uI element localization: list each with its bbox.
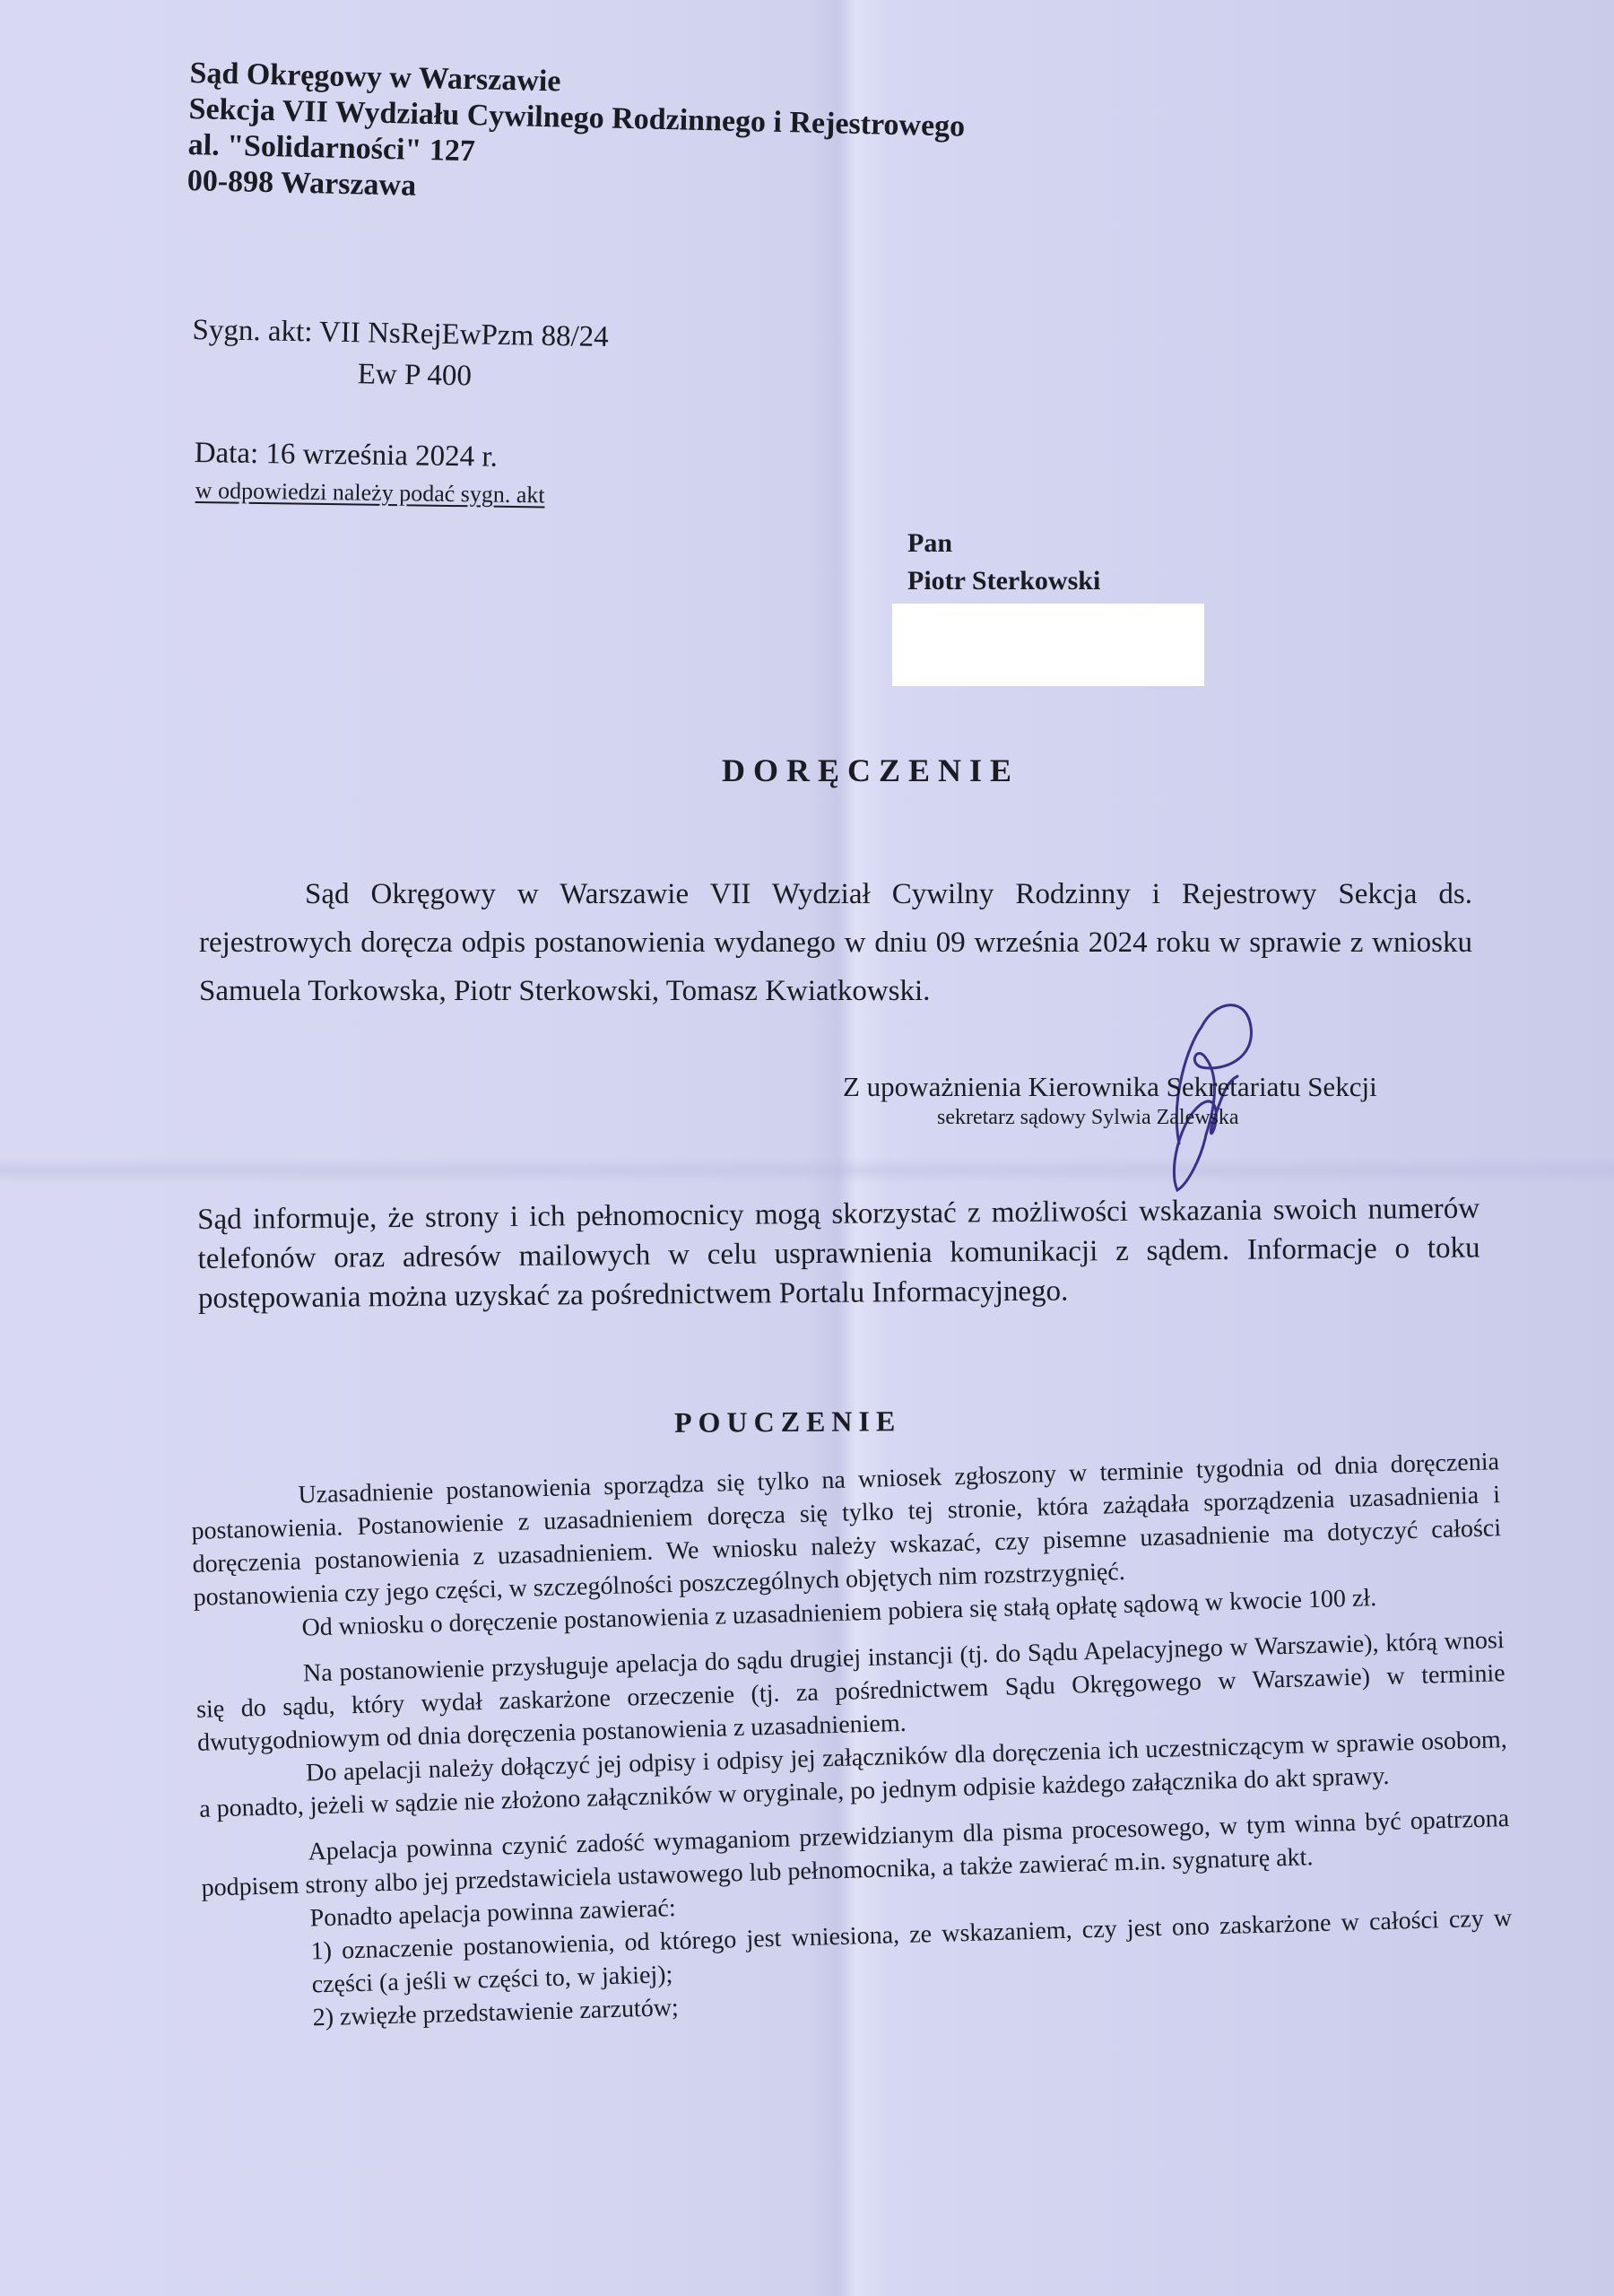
delivery-body: Sąd Okręgowy w Warszawie VII Wydział Cyw… — [199, 870, 1472, 1015]
instructions-title: POUCZENIE — [674, 1405, 902, 1439]
recipient-salutation: Pan — [907, 525, 1100, 562]
redacted-address — [892, 604, 1204, 686]
recipient: Pan Piotr Sterkowski — [907, 525, 1100, 600]
recipient-name: Piotr Sterkowski — [907, 562, 1100, 600]
authority-line: Z upoważnienia Kierownika Sekretariatu S… — [843, 1069, 1377, 1105]
delivery-text: Sąd Okręgowy w Warszawie VII Wydział Cyw… — [199, 878, 1472, 1007]
reply-note: w odpowiedzi należy podać sygn. akt — [195, 477, 545, 509]
case-number: Sygn. akt: VII NsRejEwPzm 88/24 — [192, 309, 609, 358]
signature-block: Z upoważnienia Kierownika Sekretariatu S… — [843, 1069, 1377, 1130]
case-reference: Sygn. akt: VII NsRejEwPzm 88/24 Ew P 400 — [191, 309, 609, 399]
delivery-title: DORĘCZENIE — [722, 752, 1020, 789]
signatory-line: sekretarz sądowy Sylwia Zalewska — [843, 1105, 1377, 1130]
instructions-body: Uzasadnienie postanowienia sporządza się… — [190, 1445, 1514, 2038]
court-info: Sąd informuje, że strony i ich pełnomocn… — [197, 1189, 1480, 1318]
sender-address: Sąd Okręgowy w Warszawie Sekcja VII Wydz… — [187, 56, 966, 217]
case-secondary-number: Ew P 400 — [191, 351, 608, 399]
document-date: Data: 16 września 2024 r. — [194, 435, 498, 475]
paper-fold — [0, 1157, 1614, 1184]
